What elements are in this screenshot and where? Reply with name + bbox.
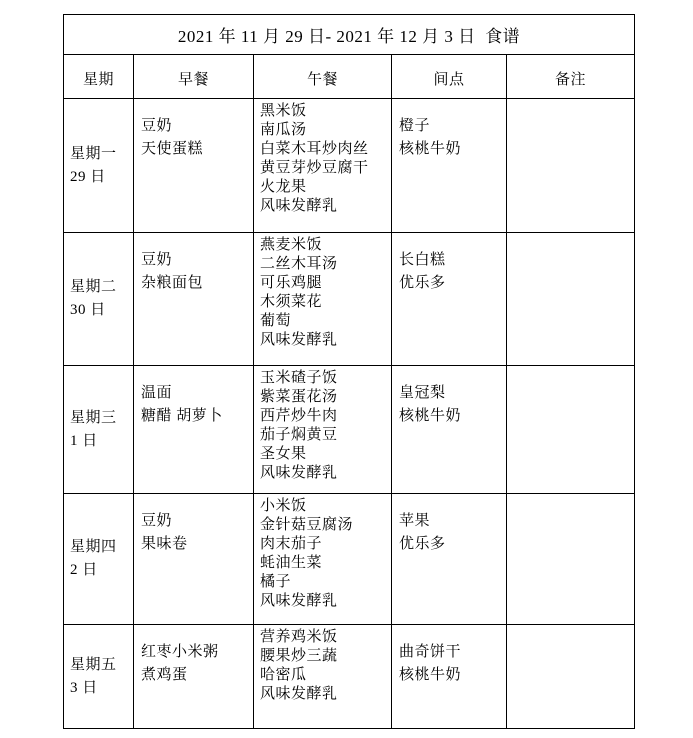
table-row-monday: 星期一 29 日 豆奶 天使蛋糕 黑米饭 南瓜汤 白菜木耳炒肉丝 黄豆芽炒豆腐干… <box>64 99 635 233</box>
snack-cell: 皇冠梨 核桃牛奶 <box>392 366 507 494</box>
day-cell: 星期一 29 日 <box>64 99 134 233</box>
notes-cell <box>507 625 635 729</box>
document-page: 2021 年 11 月 29 日- 2021 年 12 月 3 日 食谱 星期 … <box>0 0 693 738</box>
breakfast-cell: 豆奶 果味卷 <box>134 494 254 625</box>
snack-cell: 长白糕 优乐多 <box>392 233 507 366</box>
lunch-cell: 玉米碴子饭 紫菜蛋花汤 西芹炒牛肉 茄子焖黄豆 圣女果 风味发酵乳 <box>254 366 392 494</box>
header-notes: 备注 <box>507 55 635 99</box>
table-row-friday: 星期五 3 日 红枣小米粥 煮鸡蛋 营养鸡米饭 腰果炒三蔬 哈密瓜 风味发酵乳 … <box>64 625 635 729</box>
menu-table: 2021 年 11 月 29 日- 2021 年 12 月 3 日 食谱 星期 … <box>63 14 635 729</box>
header-breakfast: 早餐 <box>134 55 254 99</box>
breakfast-cell: 温面 糖醋 胡萝卜 <box>134 366 254 494</box>
header-snack: 间点 <box>392 55 507 99</box>
lunch-cell: 黑米饭 南瓜汤 白菜木耳炒肉丝 黄豆芽炒豆腐干 火龙果 风味发酵乳 <box>254 99 392 233</box>
table-row-tuesday: 星期二 30 日 豆奶 杂粮面包 燕麦米饭 二丝木耳汤 可乐鸡腿 木须菜花 葡萄… <box>64 233 635 366</box>
header-weekday: 星期 <box>64 55 134 99</box>
notes-cell <box>507 494 635 625</box>
header-lunch: 午餐 <box>254 55 392 99</box>
table-row-thursday: 星期四 2 日 豆奶 果味卷 小米饭 金针菇豆腐汤 肉末茄子 蚝油生菜 橘子 风… <box>64 494 635 625</box>
lunch-cell: 小米饭 金针菇豆腐汤 肉末茄子 蚝油生菜 橘子 风味发酵乳 <box>254 494 392 625</box>
lunch-cell: 营养鸡米饭 腰果炒三蔬 哈密瓜 风味发酵乳 <box>254 625 392 729</box>
menu-title: 2021 年 11 月 29 日- 2021 年 12 月 3 日 食谱 <box>64 15 635 55</box>
breakfast-cell: 红枣小米粥 煮鸡蛋 <box>134 625 254 729</box>
snack-cell: 苹果 优乐多 <box>392 494 507 625</box>
notes-cell <box>507 99 635 233</box>
title-row: 2021 年 11 月 29 日- 2021 年 12 月 3 日 食谱 <box>64 15 635 55</box>
day-cell: 星期五 3 日 <box>64 625 134 729</box>
table-row-wednesday: 星期三 1 日 温面 糖醋 胡萝卜 玉米碴子饭 紫菜蛋花汤 西芹炒牛肉 茄子焖黄… <box>64 366 635 494</box>
snack-cell: 曲奇饼干 核桃牛奶 <box>392 625 507 729</box>
lunch-cell: 燕麦米饭 二丝木耳汤 可乐鸡腿 木须菜花 葡萄 风味发酵乳 <box>254 233 392 366</box>
day-cell: 星期四 2 日 <box>64 494 134 625</box>
snack-cell: 橙子 核桃牛奶 <box>392 99 507 233</box>
day-cell: 星期二 30 日 <box>64 233 134 366</box>
notes-cell <box>507 233 635 366</box>
header-row: 星期 早餐 午餐 间点 备注 <box>64 55 635 99</box>
day-cell: 星期三 1 日 <box>64 366 134 494</box>
notes-cell <box>507 366 635 494</box>
breakfast-cell: 豆奶 杂粮面包 <box>134 233 254 366</box>
breakfast-cell: 豆奶 天使蛋糕 <box>134 99 254 233</box>
